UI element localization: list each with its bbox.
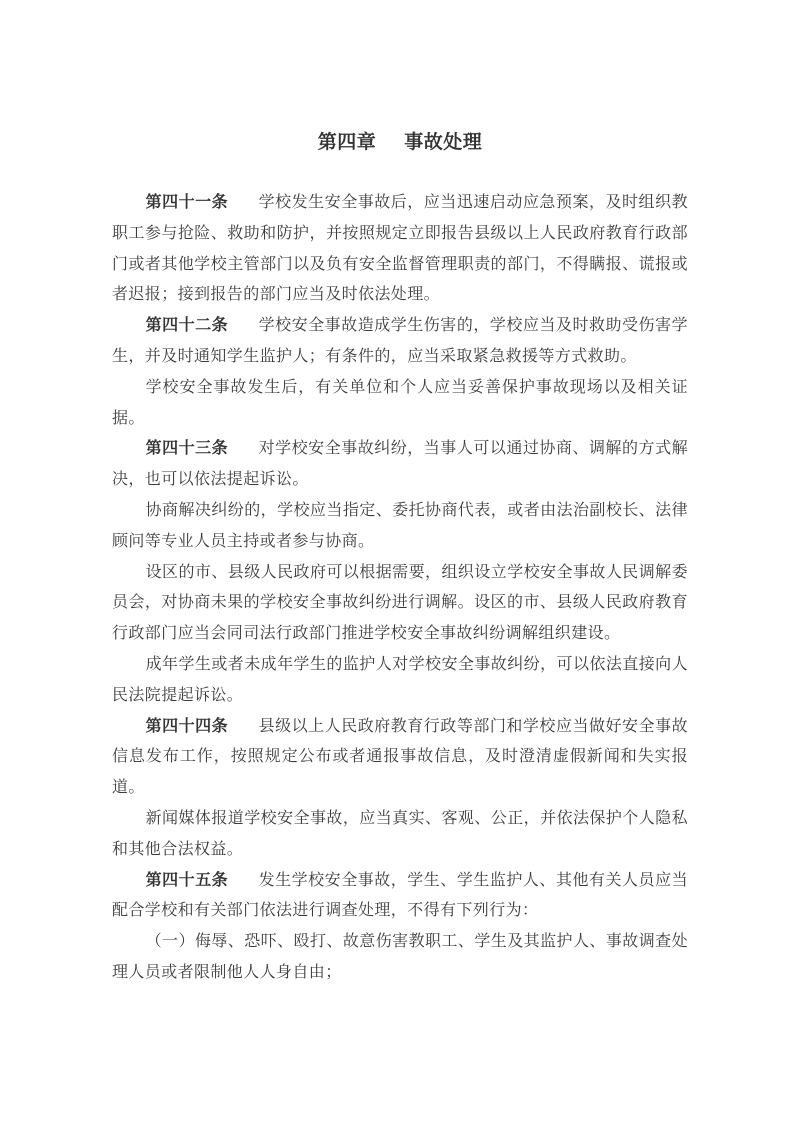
chapter-name: 事故处理 xyxy=(404,132,482,153)
article-paragraph: 第四十一条学校发生安全事故后，应当迅速启动应急预案，及时组织教职工参与抢险、救助… xyxy=(112,188,688,311)
article-paragraph: 第四十二条学校安全事故造成学生伤害的，学校应当及时救助受伤害学生，并及时通知学生… xyxy=(112,311,688,373)
article-paragraph: 协商解决纠纷的，学校应当指定、委托协商代表，或者由法治副校长、法律顾问等专业人员… xyxy=(112,496,688,558)
article-paragraph: 设区的市、县级人民政府可以根据需要，组织设立学校安全事故人民调解委员会，对协商未… xyxy=(112,558,688,650)
article-paragraph: 新闻媒体报道学校安全事故，应当真实、客观、公正，并依法保护个人隐私和其他合法权益… xyxy=(112,804,688,866)
paragraph-text: 新闻媒体报道学校安全事故，应当真实、客观、公正，并依法保护个人隐私和其他合法权益… xyxy=(112,810,688,858)
paragraph-text: 学校安全事故发生后，有关单位和个人应当妥善保护事故现场以及相关证据。 xyxy=(112,379,688,427)
article-number: 第四十二条 xyxy=(146,317,229,334)
paragraph-text: 协商解决纠纷的，学校应当指定、委托协商代表，或者由法治副校长、法律顾问等专业人员… xyxy=(112,502,688,550)
article-paragraph: 第四十五条发生学校安全事故，学生、学生监护人、其他有关人员应当配合学校和有关部门… xyxy=(112,866,688,928)
article-number: 第四十四条 xyxy=(146,718,229,735)
article-paragraph: 第四十四条县级以上人民政府教育行政等部门和学校应当做好安全事故信息发布工作，按照… xyxy=(112,712,688,804)
document-body: 第四十一条学校发生安全事故后，应当迅速启动应急预案，及时组织教职工参与抢险、救助… xyxy=(112,188,688,989)
paragraph-text: （一）侮辱、恐吓、殴打、故意伤害教职工、学生及其监护人、事故调查处理人员或者限制… xyxy=(112,933,688,981)
article-number: 第四十一条 xyxy=(146,194,229,211)
article-paragraph: （一）侮辱、恐吓、殴打、故意伤害教职工、学生及其监护人、事故调查处理人员或者限制… xyxy=(112,927,688,989)
document-page: 第四章事故处理 第四十一条学校发生安全事故后，应当迅速启动应急预案，及时组织教职… xyxy=(0,0,793,1122)
article-paragraph: 学校安全事故发生后，有关单位和个人应当妥善保护事故现场以及相关证据。 xyxy=(112,373,688,435)
paragraph-text: 成年学生或者未成年学生的监护人对学校安全事故纠纷，可以依法直接向人民法院提起诉讼… xyxy=(112,656,688,704)
article-number: 第四十五条 xyxy=(146,872,229,889)
article-number: 第四十三条 xyxy=(146,440,229,457)
article-paragraph: 第四十三条对学校安全事故纠纷，当事人可以通过协商、调解的方式解决，也可以依法提起… xyxy=(112,434,688,496)
paragraph-text: 设区的市、县级人民政府可以根据需要，组织设立学校安全事故人民调解委员会，对协商未… xyxy=(112,564,688,643)
article-paragraph: 成年学生或者未成年学生的监护人对学校安全事故纠纷，可以依法直接向人民法院提起诉讼… xyxy=(112,650,688,712)
chapter-number: 第四章 xyxy=(318,132,377,153)
chapter-title: 第四章事故处理 xyxy=(112,130,688,156)
